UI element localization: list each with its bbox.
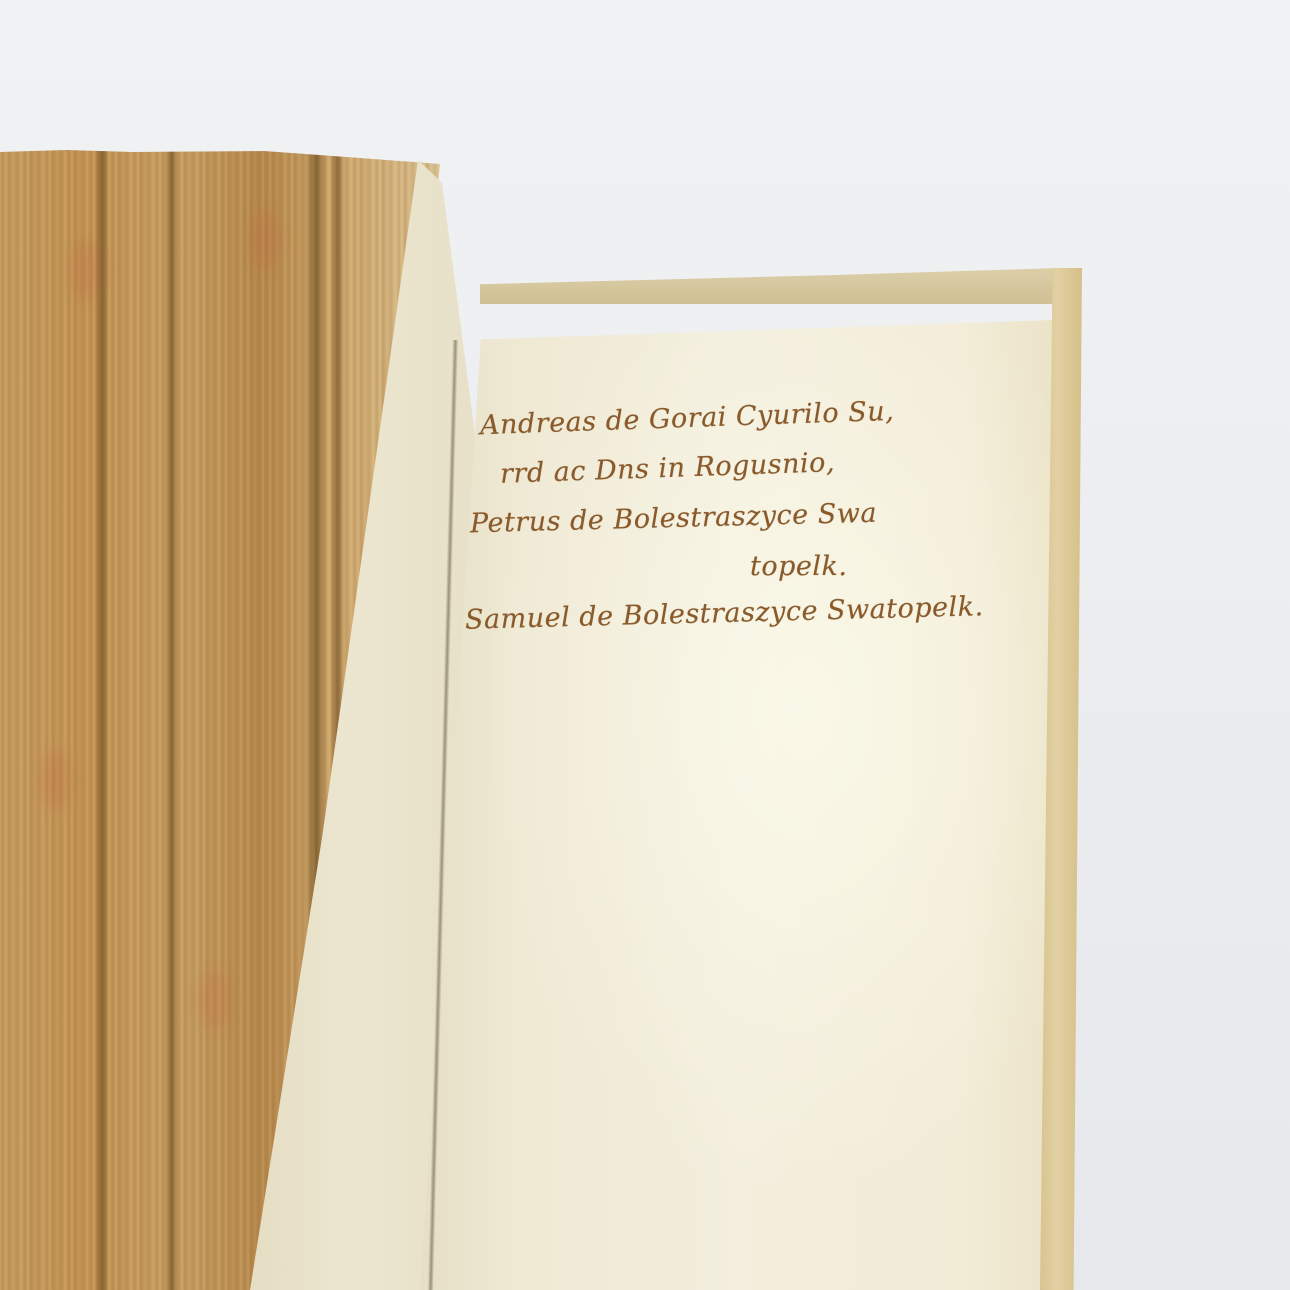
inscription-line: topelk.	[750, 553, 847, 580]
red-edge-speckle	[70, 240, 100, 300]
red-edge-speckle	[200, 970, 230, 1030]
page-top-edge	[480, 268, 1060, 304]
red-edge-speckle	[40, 750, 70, 810]
photo-scene: Andreas de Gorai Cyurilo Su, rrd ac Dns …	[0, 0, 1290, 1290]
page-edge-shadow	[165, 150, 179, 1290]
page-edge-shadow	[95, 150, 109, 1290]
red-edge-speckle	[250, 210, 280, 270]
